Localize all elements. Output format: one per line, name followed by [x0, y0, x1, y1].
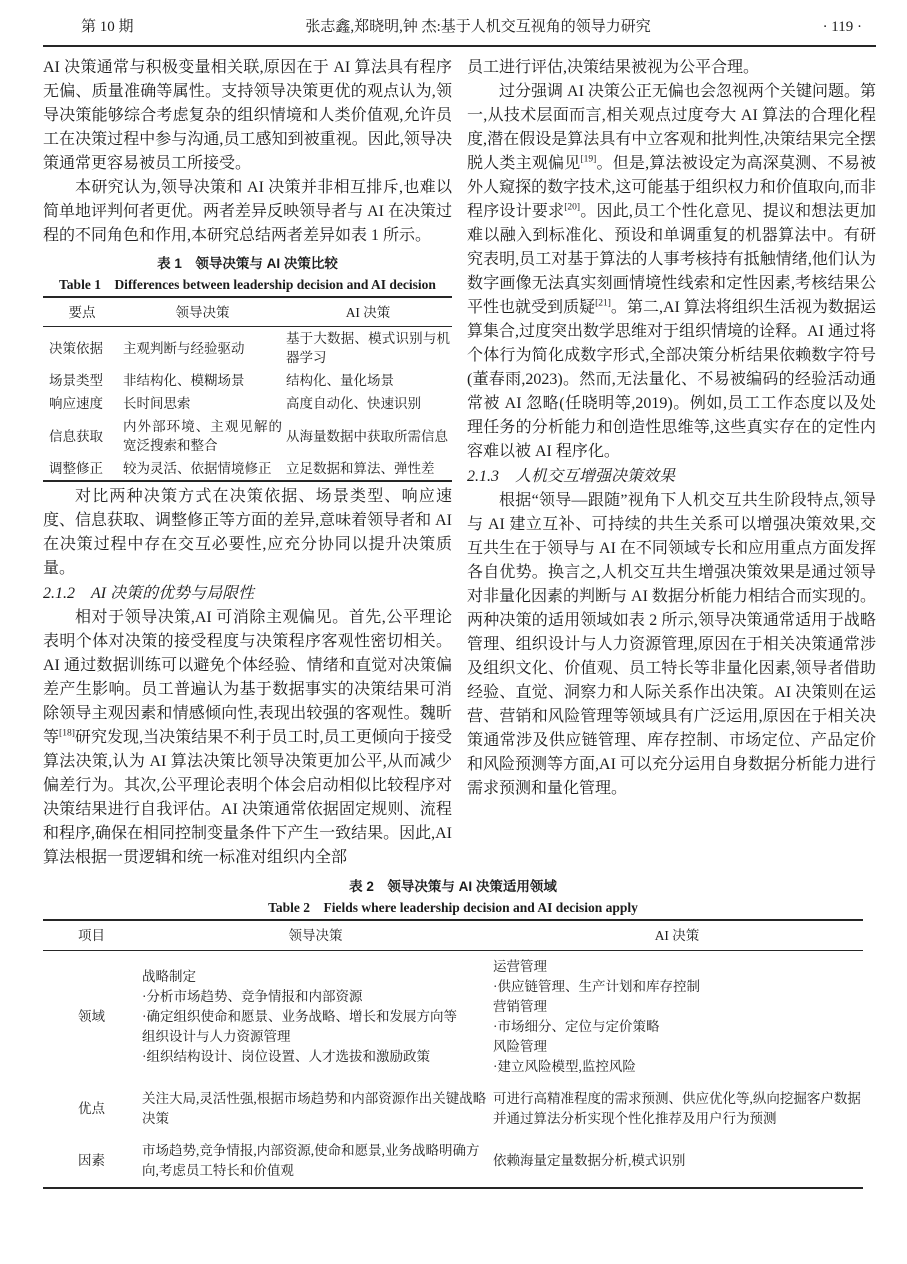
- table1-body: 决策依据主观判断与经验驱动基于大数据、模式识别与机器学习场景类型非结构化、模糊场…: [43, 327, 452, 482]
- table-line: ·建立风险模型,监控风险: [493, 1057, 861, 1077]
- citation-marker: [18]: [59, 729, 75, 739]
- citation-marker: [19]: [580, 155, 596, 165]
- journal-page: 第 10 期 张志鑫,郑晓明,钟 杰:基于人机交互视角的领导力研究 · 119 …: [0, 0, 907, 1264]
- table-row: 优点关注大局,灵活性强,根据市场趋势和内部资源作出关键战略决策可进行高精准程度的…: [43, 1083, 863, 1135]
- left-column: AI 决策通常与积极变量相关联,原因在于 AI 算法具有程序无偏、质量准确等属性…: [43, 56, 452, 870]
- table1-col-leader: 领导决策: [121, 297, 284, 327]
- table-line: 营销管理: [493, 997, 861, 1017]
- row-content-cell: 基于大数据、模式识别与机器学习: [284, 327, 452, 370]
- section-heading-213: 2.1.3 人机交互增强决策效果: [467, 464, 876, 489]
- row-content-cell: 立足数据和算法、弹性差: [284, 457, 452, 481]
- table-line: ·确定组织使命和愿景、业务战略、增长和发展方向等: [142, 1007, 489, 1027]
- table1-title-en: Table 1 Differences between leadership d…: [43, 274, 452, 296]
- table-line: 组织设计与人力资源管理: [142, 1027, 489, 1047]
- paragraph-evaluation-continued: 员工进行评估,决策结果被视为公平合理。: [467, 56, 876, 80]
- row-content-cell: 依赖海量定量数据分析,模式识别: [491, 1135, 863, 1188]
- table2-col-item: 项目: [43, 920, 140, 951]
- row-content-cell: 可进行高精准程度的需求预测、供应优化等,纵向挖掘客户数据并通过算法分析实现个性化…: [491, 1083, 863, 1135]
- table2-block: 表 2 领导决策与 AI 决策适用领域 Table 2 Fields where…: [43, 876, 863, 1189]
- citation-marker: [20]: [564, 203, 580, 213]
- row-content-cell: 内外部环境、主观见解的宽泛搜索和整合: [121, 415, 284, 457]
- table-line: ·市场细分、定位与定价策略: [493, 1017, 861, 1037]
- table1-title-zh: 表 1 领导决策与 AI 决策比较: [43, 253, 452, 274]
- page-number: · 119 ·: [823, 19, 876, 36]
- running-title: 张志鑫,郑晓明,钟 杰:基于人机交互视角的领导力研究: [134, 15, 823, 36]
- paragraph-leadership-decision-continued: AI 决策通常与积极变量相关联,原因在于 AI 算法具有程序无偏、质量准确等属性…: [43, 56, 452, 176]
- row-label-cell: 场景类型: [43, 369, 121, 392]
- row-label-cell: 因素: [43, 1135, 140, 1188]
- row-content-cell: 较为灵活、依据情境修正: [121, 457, 284, 481]
- row-content-cell: 长时间思索: [121, 392, 284, 415]
- row-content-cell: 关注大局,灵活性强,根据市场趋势和内部资源作出关键战略决策: [140, 1083, 491, 1135]
- row-label-cell: 优点: [43, 1083, 140, 1135]
- table1-block: 表 1 领导决策与 AI 决策比较 Table 1 Differences be…: [43, 253, 452, 482]
- table-line: 风险管理: [493, 1037, 861, 1057]
- table-row: 调整修正较为灵活、依据情境修正立足数据和算法、弹性差: [43, 457, 452, 481]
- table-line: 战略制定: [142, 967, 489, 987]
- row-label-cell: 信息获取: [43, 415, 121, 457]
- row-content-cell: 高度自动化、快速识别: [284, 392, 452, 415]
- table2-col-ai: AI 决策: [491, 920, 863, 951]
- row-label-cell: 响应速度: [43, 392, 121, 415]
- table2-title-zh: 表 2 领导决策与 AI 决策适用领域: [43, 876, 863, 897]
- section-heading-212: 2.1.2 AI 决策的优势与局限性: [43, 581, 452, 606]
- right-column: 员工进行评估,决策结果被视为公平合理。 过分强调 AI 决策公正无偏也会忽视两个…: [467, 56, 876, 870]
- table1-col-ai: AI 决策: [284, 297, 452, 327]
- table-line: 运营管理: [493, 957, 861, 977]
- body-columns: AI 决策通常与积极变量相关联,原因在于 AI 算法具有程序无偏、质量准确等属性…: [43, 56, 876, 870]
- row-content-cell: 从海量数据中获取所需信息: [284, 415, 452, 457]
- table-row: 领域战略制定·分析市场趋势、竞争情报和内部资源·确定组织使命和愿景、业务战略、增…: [43, 951, 863, 1084]
- table2-title-en: Table 2 Fields where leadership decision…: [43, 897, 863, 919]
- table2-body: 领域战略制定·分析市场趋势、竞争情报和内部资源·确定组织使命和愿景、业务战略、增…: [43, 951, 863, 1189]
- citation-marker: [21]: [595, 299, 611, 309]
- table-row: 因素市场趋势,竞争情报,内部资源,使命和愿景,业务战略明确方向,考虑员工特长和价…: [43, 1135, 863, 1188]
- row-content-cell: 结构化、量化场景: [284, 369, 452, 392]
- row-label-cell: 领域: [43, 951, 140, 1084]
- paragraph-two-problems: 过分强调 AI 决策公正无偏也会忽视两个关键问题。第一,从技术层面而言,相关观点…: [467, 80, 876, 464]
- table-header-row: 项目 领导决策 AI 决策: [43, 920, 863, 951]
- table2-header: 项目 领导决策 AI 决策: [43, 920, 863, 951]
- running-head: 第 10 期 张志鑫,郑晓明,钟 杰:基于人机交互视角的领导力研究 · 119 …: [43, 0, 876, 47]
- table1-col-keypoint: 要点: [43, 297, 121, 327]
- row-label-cell: 决策依据: [43, 327, 121, 370]
- table-line: ·组织结构设计、岗位设置、人才选拔和激励政策: [142, 1047, 489, 1067]
- paragraph-ai-advantages: 相对于领导决策,AI 可消除主观偏见。首先,公平理论表明个体对决策的接受程度与决…: [43, 606, 452, 870]
- table1-header: 要点 领导决策 AI 决策: [43, 297, 452, 327]
- row-content-cell: 市场趋势,竞争情报,内部资源,使命和愿景,业务战略明确方向,考虑员工特长和价值观: [140, 1135, 491, 1188]
- table-header-row: 要点 领导决策 AI 决策: [43, 297, 452, 327]
- table-row: 信息获取内外部环境、主观见解的宽泛搜索和整合从海量数据中获取所需信息: [43, 415, 452, 457]
- table2: 项目 领导决策 AI 决策 领域战略制定·分析市场趋势、竞争情报和内部资源·确定…: [43, 919, 863, 1189]
- table-line: ·供应链管理、生产计划和库存控制: [493, 977, 861, 997]
- table-line: ·分析市场趋势、竞争情报和内部资源: [142, 987, 489, 1007]
- paragraph-research-view: 本研究认为,领导决策和 AI 决策并非相互排斥,也难以简单地评判何者更优。两者差…: [43, 176, 452, 248]
- row-label-cell: 调整修正: [43, 457, 121, 481]
- table-row: 决策依据主观判断与经验驱动基于大数据、模式识别与机器学习: [43, 327, 452, 370]
- issue-number: 第 10 期: [43, 15, 134, 36]
- table-row: 响应速度长时间思索高度自动化、快速识别: [43, 392, 452, 415]
- paragraph-interaction-synergy: 根据“领导—跟随”视角下人机交互共生阶段特点,领导与 AI 建立互补、可持续的共…: [467, 489, 876, 801]
- row-content-cell: 主观判断与经验驱动: [121, 327, 284, 370]
- paragraph-comparison: 对比两种决策方式在决策依据、场景类型、响应速度、信息获取、调整修正等方面的差异,…: [43, 485, 452, 581]
- row-content-cell: 非结构化、模糊场景: [121, 369, 284, 392]
- table1: 要点 领导决策 AI 决策 决策依据主观判断与经验驱动基于大数据、模式识别与机器…: [43, 296, 452, 482]
- row-content-cell: 战略制定·分析市场趋势、竞争情报和内部资源·确定组织使命和愿景、业务战略、增长和…: [140, 951, 491, 1084]
- table2-col-leader: 领导决策: [140, 920, 491, 951]
- table-row: 场景类型非结构化、模糊场景结构化、量化场景: [43, 369, 452, 392]
- row-content-cell: 运营管理·供应链管理、生产计划和库存控制营销管理·市场细分、定位与定价策略风险管…: [491, 951, 863, 1084]
